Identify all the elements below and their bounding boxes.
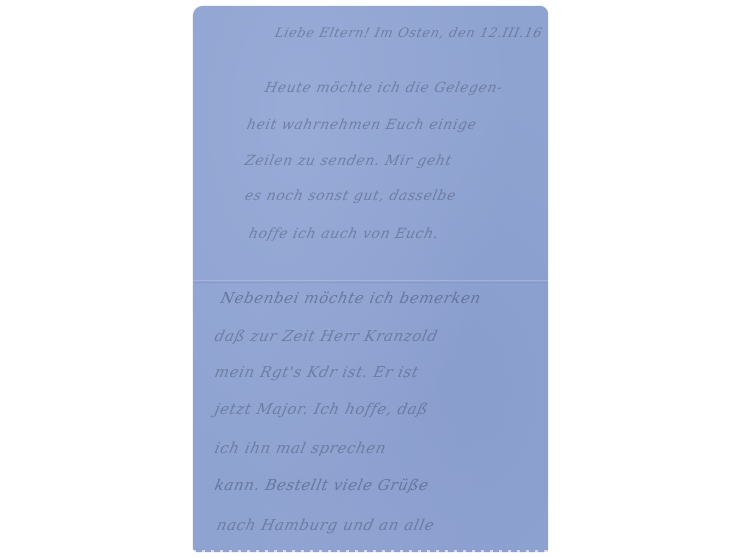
letter-line: Nebenbei möchte ich bemerken xyxy=(219,289,483,307)
letter-line: kann. Bestellt viele Grüße xyxy=(213,476,431,494)
letter-line: heit wahrnehmen Euch einige xyxy=(245,117,478,133)
torn-bottom-edge xyxy=(193,550,548,553)
letter-line: mein Rgt's Kdr ist. Er ist xyxy=(213,363,420,381)
letter-line: daß zur Zeit Herr Kranzold xyxy=(213,327,440,345)
letter-sheet: Liebe Eltern! Im Osten, den 12.III.16 He… xyxy=(193,6,548,552)
letter-line: Heute möchte ich die Gelegen- xyxy=(263,80,504,96)
letter-line: ich ihn mal sprechen xyxy=(213,439,388,457)
letter-line: nach Hamburg und an alle xyxy=(215,516,436,534)
letter-line: es noch sonst gut, dasselbe xyxy=(243,188,457,204)
letter-salutation-dateline: Liebe Eltern! Im Osten, den 12.III.16 xyxy=(273,26,543,41)
letter-line: Zeilen zu senden. Mir geht xyxy=(243,153,453,169)
letter-line: hoffe ich auch von Euch. xyxy=(247,226,440,242)
letter-line: jetzt Major. Ich hoffe, daß xyxy=(213,400,430,418)
paper-fold-crease xyxy=(193,280,548,283)
scan-canvas: Liebe Eltern! Im Osten, den 12.III.16 He… xyxy=(0,0,740,557)
